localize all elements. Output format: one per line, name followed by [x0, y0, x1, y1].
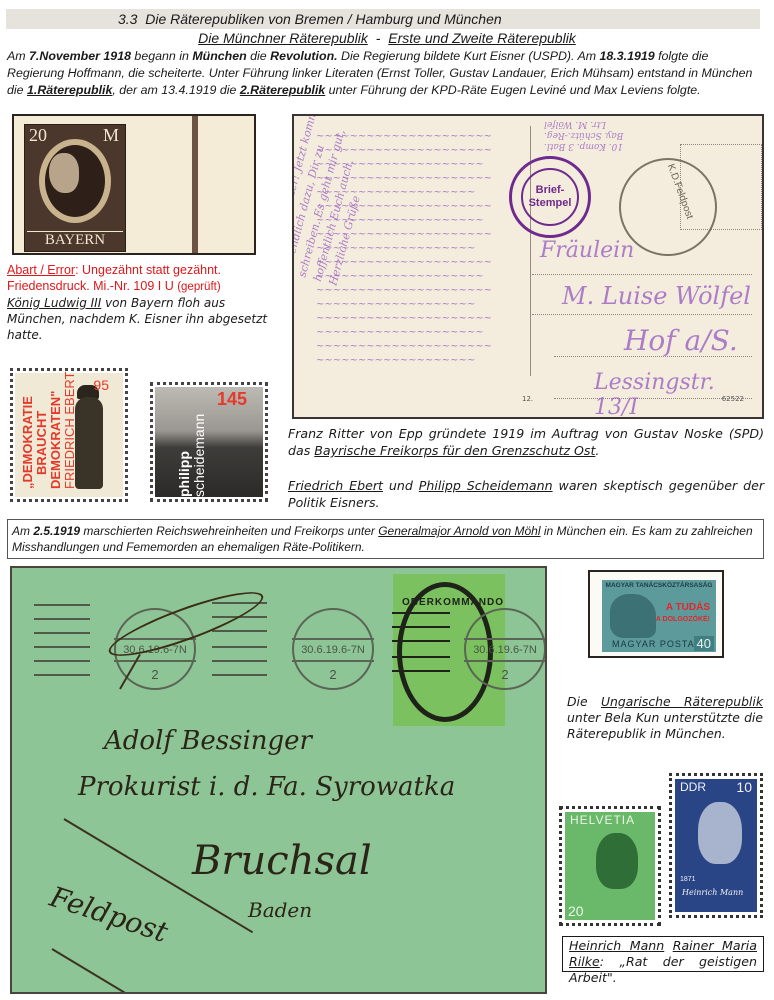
- date-18-3-1919: 18.3.1919: [600, 49, 655, 63]
- error-label: Abart / Error: [7, 263, 75, 277]
- address-line: [532, 274, 752, 276]
- king-portrait: [49, 153, 79, 193]
- recipient-city: Hof a/S.: [624, 324, 738, 357]
- revolution: Revolution.: [270, 49, 337, 63]
- intro-paragraph: Am 7.November 1918 begann in München die…: [7, 48, 763, 99]
- muenchen-postmark: 30.6.19.6-7N 2: [464, 608, 546, 690]
- recipient-salutation: Fräulein: [540, 238, 634, 263]
- scheidemann-stamp-name: philipp scheidemann: [177, 414, 207, 497]
- freikorps-censor-stamp: Brief- Stempel: [509, 156, 591, 238]
- address-line: [532, 314, 752, 316]
- rilke-portrait: [596, 833, 638, 889]
- scheidemann-stamp: 145 philipp scheidemann: [150, 382, 268, 502]
- person-moehl: Generalmajor Arnold von Möhl: [378, 524, 540, 538]
- date-2-5-1919: 2.5.1919: [33, 524, 80, 538]
- muenchen-postmark: 30.6.19.6-7N 2: [292, 608, 374, 690]
- subtitle-part2: Erste und Zweite Räterepublik: [386, 30, 578, 46]
- address-region: Baden: [248, 898, 312, 922]
- stamp-country: BAYERN: [27, 231, 123, 249]
- freikorps-name: Bayrische Freikorps für den Grenzschutz …: [314, 443, 595, 458]
- hungary-caption: Die Ungarische Räterepublik unter Bela K…: [567, 694, 763, 742]
- person-heinrich-mann: Heinrich Mann: [569, 938, 664, 953]
- card-number: 12.: [522, 395, 533, 403]
- stamp-design: MAGYAR TANÁCSKÖZTÁRSASÁG A TUDÁS A DOLGO…: [602, 580, 716, 652]
- stamp-currency: M: [103, 125, 119, 146]
- address-name: Adolf Bessinger: [104, 726, 312, 756]
- person-ludwig: König Ludwig III: [7, 296, 101, 310]
- handwriting-block: ~~~~~~~~~~~~~~~~~~~~~~~~~~~~~~~~~~~~~~~~…: [316, 130, 486, 368]
- ungarische-raeterepublik: Ungarische Räterepublik: [601, 694, 763, 709]
- person-ebert: Friedrich Ebert: [288, 478, 383, 493]
- checked-note: (geprüft): [177, 281, 220, 293]
- person-scheidemann: Philipp Scheidemann: [419, 478, 553, 493]
- catalog-number: Friedensdruck. Mi.-Nr. 109 I U: [7, 279, 174, 293]
- ebert-stamp: „DEMOKRATIE BRAUCHT DEMOKRATEN" FRIEDRIC…: [10, 368, 128, 502]
- stamp-design: 20 M BAYERN: [24, 124, 126, 252]
- subtitle-separator: -: [374, 30, 383, 46]
- stamp-value: 95: [93, 377, 109, 393]
- bayern-error-stamp: 20 M BAYERN: [12, 114, 256, 255]
- ebert-figure: [75, 397, 103, 489]
- reading-worker: [610, 594, 656, 638]
- address-company: Prokurist i. d. Fa. Syrowatka: [78, 772, 455, 802]
- historical-note-box: Am 2.5.1919 marschierten Reichswehreinhe…: [7, 519, 764, 559]
- green-envelope: 30.6.19.6-7N 2 30.6.19.6-7N 2 OBERKOMMAN…: [10, 566, 547, 994]
- mann-portrait: [698, 802, 742, 864]
- ddr-heinrich-mann-stamp: DDR 10 1871 Heinrich Mann: [669, 773, 763, 918]
- bayern-stamp-caption: Abart / Error: Ungezähnt statt gezähnt. …: [7, 262, 277, 343]
- city-muenchen: München: [192, 49, 246, 63]
- section-title-text: Die Räterepubliken von Bremen / Hamburg …: [145, 11, 501, 27]
- page-subtitle: Die Münchner Räterepublik - Erste und Zw…: [0, 30, 774, 46]
- second-raeterepublik: 2.Räterepublik: [240, 83, 325, 97]
- hungarian-soviet-stamp: MAGYAR TANÁCSKÖZTÁRSASÁG A TUDÁS A DOLGO…: [588, 570, 724, 658]
- print-number: 62522: [722, 395, 744, 403]
- feldpost-annotation: Feldpost: [46, 880, 172, 949]
- stamp-value: 145: [217, 389, 247, 410]
- section-number: 3.3: [118, 11, 137, 27]
- person-epp: Franz Ritter von Epp: [288, 426, 423, 441]
- recipient-name: M. Luise Wölfel: [562, 282, 751, 310]
- stamp-value: 20: [29, 125, 47, 146]
- address-city: Bruchsal: [192, 838, 372, 884]
- feldpost-postcard: Liebe Schwester! Jetzt komme ich endlich…: [292, 114, 764, 419]
- first-raeterepublik: 1.Räterepublik: [27, 83, 112, 97]
- ebert-scheidemann-caption: Friedrich Ebert und Philipp Scheidemann …: [288, 477, 764, 511]
- epp-caption: Franz Ritter von Epp gründete 1919 im Au…: [288, 425, 764, 459]
- ebert-stamp-slogan: „DEMOKRATIE BRAUCHT DEMOKRATEN" FRIEDRIC…: [21, 372, 77, 490]
- subtitle-part1: Die Münchner Räterepublik: [196, 30, 370, 46]
- sheet-margin-bar: [192, 116, 198, 253]
- helvetia-rilke-stamp: HELVETIA 20: [559, 806, 661, 926]
- date-nov-1918: 7.November 1918: [29, 49, 131, 63]
- mann-rilke-caption: Heinrich Mann Rainer Maria Rilke: „Rat d…: [562, 936, 764, 972]
- section-title: 3.3 Die Räterepubliken von Bremen / Hamb…: [118, 9, 502, 29]
